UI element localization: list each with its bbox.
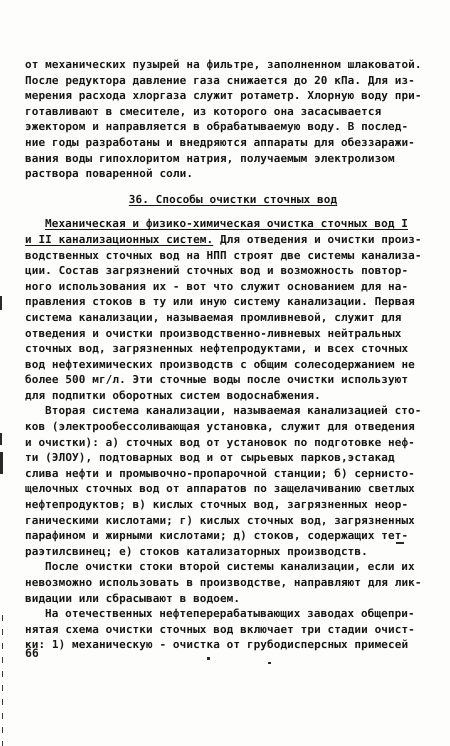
text-line: ного использования их - вот что служит о… [25,279,441,295]
underlined-lead-text: Механическая и физико-химическая очистка… [45,217,408,230]
body-text: эжектором и направляется в обрабатываему… [25,120,408,133]
body-text: вания воды гипохлоритом натрия, получаем… [25,152,395,165]
scan-edge-mark [0,296,2,310]
text-line: мерения расхода хлоргаза служит ротаметр… [25,88,441,104]
text-column: от механических пузырей на фильтре, запо… [25,57,441,653]
scan-speck [396,542,404,544]
body-text: система канализации, называемая промливн… [25,311,401,324]
text-line: После редуктора давление газа снижается … [25,73,441,89]
text-line: и II канализационных систем. Для отведен… [25,232,441,248]
text-line: сточных вод, загрязненных нефтепродуктам… [25,341,441,357]
section-heading: 36. Способы очистки сточных вод [25,192,441,208]
body-text: раствора поваренной соли. [25,167,193,180]
paragraph: На отечественных нефтеперерабатывающих з… [25,606,441,653]
underlined-lead-text: и II канализационных систем. [25,233,213,246]
paragraph: Механическая и физико-химическая очистка… [25,216,441,403]
body-text: ганическими кислотами; г) кислых сточных… [25,514,415,527]
body-text: правления стоков в ту или иную систему к… [25,295,415,308]
text-line: более 500 мг/л. Эти сточные воды после о… [25,372,441,388]
body-text: и очистки): а) сточных вод от установок … [25,436,415,449]
body-text: Для отведения и очистки произ- [213,233,421,246]
body-text: готавливают в смесителе, из которого она… [25,105,381,118]
text-line: ки: 1) механическую - очистка от грубоди… [25,637,441,653]
body-text: После редуктора давление газа снижается … [25,74,415,87]
body-text: 36. Способы очистки сточных вод [129,193,337,206]
body-text: вод нефтехимических производств с общим … [25,358,415,371]
document-page: от механических пузырей на фильтре, запо… [0,0,450,746]
text-line: ганическими кислотами; г) кислых сточных… [25,513,441,529]
text-line: нятая схема очистки сточных вод включает… [25,622,441,638]
body-text: ков (электрообессоливающая установка, сл… [25,420,415,433]
body-text: Вторая система канализации, называемая к… [45,404,421,417]
body-text: сточных вод, загрязненных нефтепродуктам… [25,342,408,355]
body-text: более 500 мг/л. Эти сточные воды после о… [25,373,408,386]
body-text: После очистки стоки второй системы канал… [45,560,415,573]
body-text: нятая схема очистки сточных вод включает… [25,623,415,636]
text-line: невозможно использовать в производстве, … [25,575,441,591]
paragraph: Вторая система канализации, называемая к… [25,403,441,559]
body-text: невозможно использовать в производстве, … [25,576,422,589]
text-line: нефтепродуктов; в) кислых сточных вод, з… [25,497,441,513]
text-line: парафином и жирными кислотами; д) стоков… [25,528,441,544]
body-text: парафином и жирными кислотами; д) стоков… [25,529,408,542]
body-text: нефтепродуктов; в) кислых сточных вод, з… [25,498,408,511]
text-line: вания воды гипохлоритом натрия, получаем… [25,151,441,167]
body-text: На отечественных нефтеперерабатывающих з… [45,607,415,620]
scanned-book-page: { "page": { "page_number": "66", "backgr… [0,0,450,746]
body-text: раэтилсвинец; е) стоков катализаторных п… [25,545,368,558]
text-line: ков (электрообессоливающая установка, сл… [25,419,441,435]
text-line: система канализации, называемая промливн… [25,310,441,326]
scan-edge-mark [0,433,2,445]
page-number: 66 [25,646,39,660]
text-line: отведения и очистки производственно-ливн… [25,326,441,342]
scan-edge-mark [0,452,3,474]
text-line: слива нефти и промывочно-пропарочной ста… [25,466,441,482]
body-text: отведения и очистки производственно-ливн… [25,327,401,340]
scan-speck [268,662,271,664]
text-line: Вторая система канализации, называемая к… [25,403,441,419]
text-line: от механических пузырей на фильтре, запо… [25,57,441,73]
scan-speck [207,657,210,660]
text-line: щелочных сточных вод от аппаратов по защ… [25,481,441,497]
text-line: видации или сбрасывают в водоем. [25,591,441,607]
body-text: от механических пузырей на фильтре, запо… [25,58,422,71]
text-line: эжектором и направляется в обрабатываему… [25,119,441,135]
text-line: ти (ЭЛОУ), подтоварных вод и от сырьевых… [25,450,441,466]
text-line: готавливают в смесителе, из которого она… [25,104,441,120]
text-line: Механическая и физико-химическая очистка… [25,216,441,232]
body-text: видации или сбрасывают в водоем. [25,592,240,605]
body-text: ного использования их - вот что служит о… [25,280,408,293]
body-text: ки: 1) механическую - очистка от грубоди… [25,638,408,651]
body-text: ции. Состав загрязнений сточных вод и во… [25,264,408,277]
text-line: На отечественных нефтеперерабатывающих з… [25,606,441,622]
body-text: щелочных сточных вод от аппаратов по защ… [25,482,415,495]
scan-edge-dashed-line [2,615,3,746]
text-line: и очистки): а) сточных вод от установок … [25,435,441,451]
text-line: 36. Способы очистки сточных вод [25,192,441,208]
body-text: водственных сточных вод на НПП строят дв… [25,249,422,262]
text-line: ние годы разработаны и внедряются аппара… [25,135,441,151]
body-text: мерения расхода хлоргаза служит ротаметр… [25,89,422,102]
paragraph: После очистки стоки второй системы канал… [25,559,441,606]
text-line: После очистки стоки второй системы канал… [25,559,441,575]
text-line: вод нефтехимических производств с общим … [25,357,441,373]
text-line: ции. Состав загрязнений сточных вод и во… [25,263,441,279]
body-text: ти (ЭЛОУ), подтоварных вод и от сырьевых… [25,451,395,464]
text-line: раэтилсвинец; е) стоков катализаторных п… [25,544,441,560]
text-line: водственных сточных вод на НПП строят дв… [25,248,441,264]
text-line: раствора поваренной соли. [25,166,441,182]
text-line: правления стоков в ту или иную систему к… [25,294,441,310]
body-text: ние годы разработаны и внедряются аппара… [25,136,415,149]
text-line: для подпитки оборотных систем водоснабже… [25,388,441,404]
paragraph: от механических пузырей на фильтре, запо… [25,57,441,182]
body-text: для подпитки оборотных систем водоснабже… [25,389,321,402]
body-text: слива нефти и промывочно-пропарочной ста… [25,467,415,480]
